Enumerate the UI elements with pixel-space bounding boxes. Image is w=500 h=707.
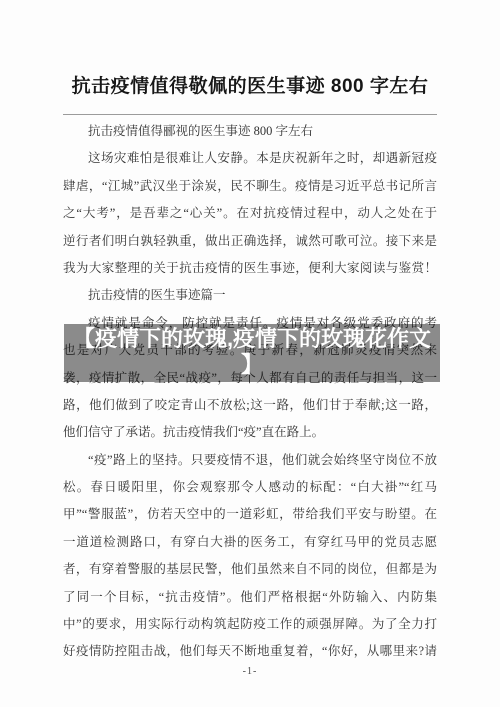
body-line: 逆行者们明白孰轻孰重，做出正确选择，诚然可歌可泣。接下来是 (63, 228, 437, 255)
body-line: 了同一个目标，“抗击疫情”。他们严格根据“外防输入、内防集 (63, 584, 437, 611)
body-line: 好疫情防控阻击战，他们每天不断地重复着，“你好，从哪里来?请 (63, 638, 437, 665)
body-line: 他们信守了承诺。抗击疫情我们“疫”直在路上。 (63, 419, 437, 446)
body-line: “疫”路上的坚持。只要疫情不退，他们就会始终坚守岗位不放 (63, 447, 437, 474)
page-number: -1- (0, 666, 500, 677)
body-line: 一道道检测路口，有穿白大褂的医务工，有穿红马甲的党员志愿 (63, 529, 437, 556)
body-line: 肆虐，“江城”武汉坐于涂炭，民不聊生。疫情是习近平总书记所言 (63, 173, 437, 200)
document-title: 抗击疫情值得敬佩的医生事迹 800 字左右 (0, 74, 500, 100)
body-line: 之“大考”，是吾辈之“心关”。在对抗疫情过程中，动人之处在于 (63, 200, 437, 227)
body-line: 松。春日暖阳里，你会观察那令人感动的标配：“白大褂”“红马 (63, 474, 437, 501)
watermark-text-line2: 】 (64, 352, 440, 378)
body-line: 者，有穿着警服的基层民警，他们虽然来自不同的岗位，但都是为 (63, 556, 437, 583)
watermark-banner: 【疫情下的玫瑰,疫情下的玫瑰花作文 】 (64, 324, 440, 382)
body-line: 抗击疫情值得郦视的医生事迹 800 字左右 (63, 118, 437, 145)
watermark-text-line1: 【疫情下的玫瑰,疫情下的玫瑰花作文 (64, 326, 440, 352)
body-line: 甲”“警服蓝”，仿若天空中的一道彩虹，带给我们平安与盼望。在 (63, 501, 437, 528)
body-line: 中”的要求，用实际行动构筑起防疫工作的顽强屏障。为了全力打 (63, 611, 437, 638)
body-line: 抗击疫情的医生事迹篇一 (63, 282, 437, 309)
body-line: 这场灾难怕是很难让人安静。本是庆祝新年之时，却遇新冠疫情 (63, 145, 437, 172)
document-page: 抗击疫情值得敬佩的医生事迹 800 字左右 抗击疫情值得郦视的医生事迹 800 … (0, 0, 500, 707)
body-text: 抗击疫情值得郦视的医生事迹 800 字左右这场灾难怕是很难让人安静。本是庆祝新年… (63, 118, 437, 666)
title-divider (63, 114, 437, 115)
body-line: 路，他们做到了咬定青山不放松;这一路，他们甘于奉献;这一路， (63, 392, 437, 419)
body-line: 我为大家整理的关于抗击疫情的医生事迹，便利大家阅读与鉴赏！ (63, 255, 437, 282)
